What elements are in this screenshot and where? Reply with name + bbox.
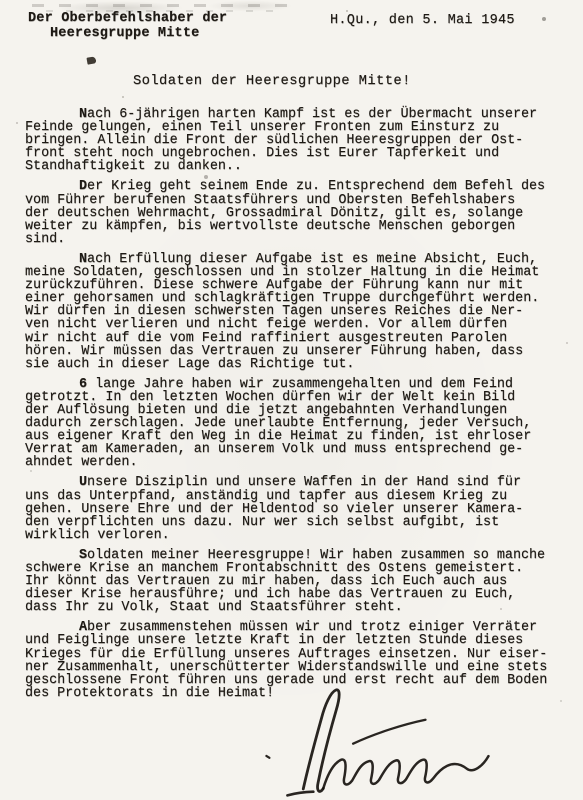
signature: Schörner: [255, 679, 503, 800]
sender-line-2: Heeresgruppe Mitte: [50, 27, 227, 42]
signature-dot: [266, 756, 269, 758]
scan-layer: Der Oberbefehlshaber der Heeresgruppe Mi…: [0, 0, 583, 800]
document-page: Der Oberbefehlshaber der Heeresgruppe Mi…: [0, 0, 583, 800]
letter-body: Nach 6-jährigen harten Kampf ist es der …: [25, 108, 575, 707]
paragraph: Unsere Disziplin und unsere Waffen in de…: [25, 476, 575, 541]
paragraph: Nach Erfüllung dieser Aufgabe ist es mei…: [25, 253, 575, 371]
sender-line-1: Der Oberbefehlshaber der: [28, 12, 227, 27]
letterhead-sender: Der Oberbefehlshaber der Heeresgruppe Mi…: [28, 12, 227, 41]
signature-handwriting-icon: Schörner: [255, 679, 503, 800]
ink-mark: [86, 56, 96, 64]
signature-flourish: [353, 720, 427, 744]
paragraph: Der Krieg geht seinem Ende zu. Entsprech…: [25, 180, 575, 245]
paragraph: Soldaten meiner Heeresgruppe! Wir haben …: [25, 549, 575, 614]
paragraph: Nach 6-jährigen harten Kampf ist es der …: [25, 108, 575, 173]
paragraph: 6 lange Jahre haben wir zusammengehalten…: [25, 378, 575, 470]
signature-underline: [287, 792, 313, 796]
dateline: H.Qu., den 5. Mai 1945: [330, 13, 515, 28]
signature-ascender: [301, 690, 342, 792]
salutation: Soldaten der Heeresgruppe Mitte!: [133, 74, 411, 89]
scan-specks: [0, 0, 2, 2]
signature-minims: [323, 756, 490, 789]
